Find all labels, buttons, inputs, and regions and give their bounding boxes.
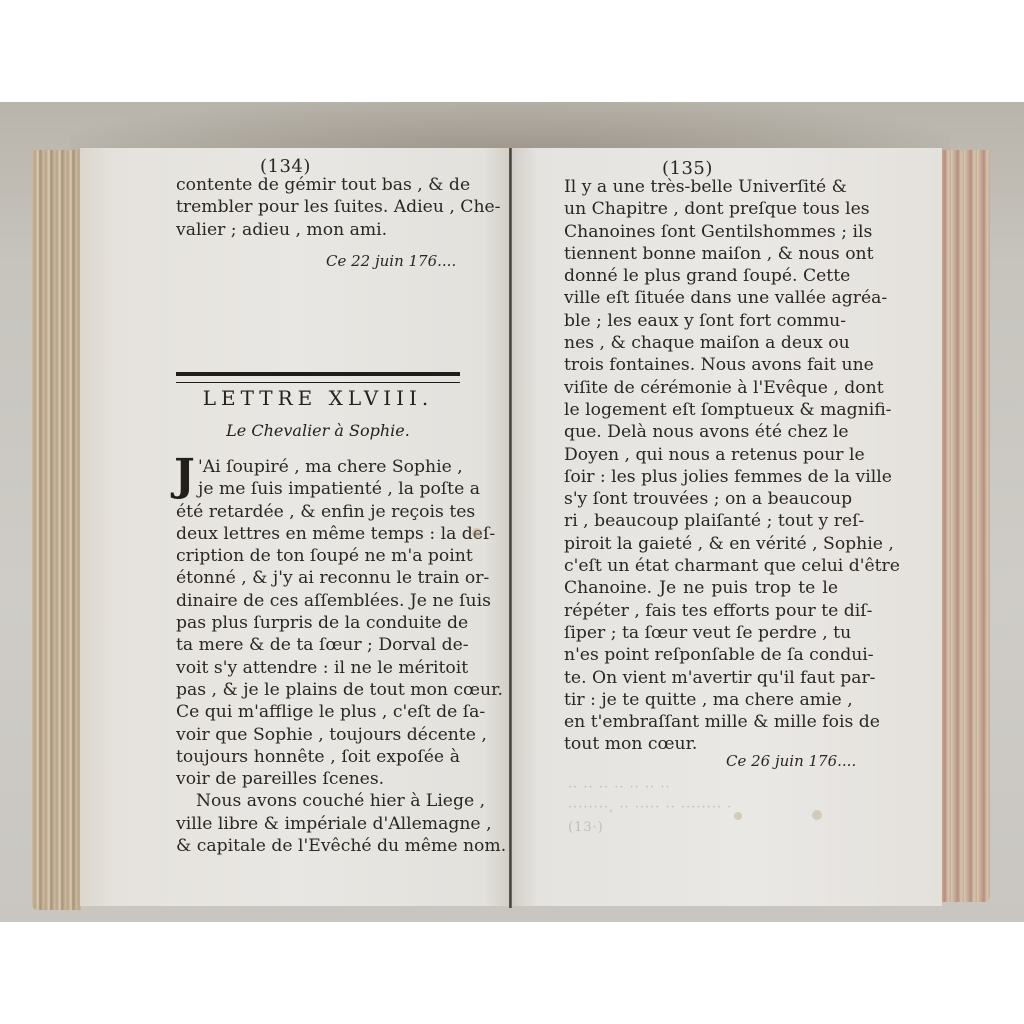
text-line: Chanoines ſont Gentilshommes ; ils (564, 221, 838, 243)
text-line: Ce qui m'afflige le plus , c'eſt de ſa- (176, 701, 460, 723)
text-line: n'es point reſponſable de ſa condui- (564, 644, 838, 666)
text-line: voit s'y attendre : il ne le méritoit (176, 657, 460, 679)
left-page-body: été retardée , & enfin je reçois tes deu… (176, 501, 460, 858)
text-line: Il y a une très-belle Univerſité & (564, 176, 838, 198)
text-line: te. On vient m'avertir qu'il faut par- (564, 667, 838, 689)
right-page-block-edge (938, 150, 990, 902)
text-line: tiennent bonne maiſon , & nous ont (564, 243, 838, 265)
text-line: deux lettres en même temps : la deſ- (176, 523, 460, 545)
text-line: répéter , fais tes efforts pour te diſ- (564, 600, 838, 622)
text-line: ri , beaucoup plaiſanté ; tout y reſ- (564, 510, 838, 532)
bleed-line: ········, ·· ····· ·· ········ · (568, 798, 848, 818)
text-line: ble ; les eaux y ſont fort commu- (564, 310, 838, 332)
text-line: pas plus ſurpris de la conduite de (176, 612, 460, 634)
dateline-right: Ce 26 juin 176.... (726, 752, 856, 770)
paper-stain (812, 810, 822, 820)
text-line: étonné , & j'y ai reconnu le train or- (176, 567, 460, 589)
text-line: contente de gémir tout bas , & de (176, 174, 460, 196)
right-page: (135) Il y a une très-belle Univerſité &… (512, 148, 942, 906)
text-line: & capitale de l'Evêché du même nom. (176, 835, 460, 857)
text-line: en t'embraſſant mille & mille fois de (564, 711, 838, 733)
left-page: (134) contente de gémir tout bas , & de … (80, 148, 510, 906)
text-line: s'y ſont trouvées ; on a beaucoup (564, 488, 838, 510)
left-page-body-indented: 'Ai ſoupiré , ma chere Sophie , je me ſu… (198, 456, 460, 501)
text-line: je me ſuis impatienté , la poſte a (198, 478, 460, 500)
text-line: voir que Sophie , toujours décente , (176, 724, 460, 746)
bleed-line: ·· ·· ·· ·· ·· ·· ·· (568, 778, 848, 798)
text-line: Doyen , qui nous a retenus pour le (564, 444, 838, 466)
text-line: donné le plus grand ſoupé. Cette (564, 265, 838, 287)
text-line: ta mere & de ta ſœur ; Dorval de- (176, 634, 460, 656)
text-line: 'Ai ſoupiré , ma chere Sophie , (198, 456, 460, 478)
left-page-block-edge (32, 150, 82, 910)
text-line: c'eſt un état charmant que celui d'être (564, 555, 838, 577)
text-line: un Chapitre , dont preſque tous les (564, 198, 838, 220)
text-line: Nous avons couché hier à Liege , (176, 790, 460, 812)
paper-stain (734, 812, 742, 820)
text-line: ville eſt ſituée dans une vallée agréa- (564, 287, 838, 309)
left-page-opening-text: contente de gémir tout bas , & de trembl… (176, 174, 460, 241)
book-photograph: (134) contente de gémir tout bas , & de … (0, 102, 1024, 922)
bleed-line: (13·) (568, 818, 848, 838)
section-rule (176, 372, 460, 383)
text-line: trois fontaines. Nous avons fait une (564, 354, 838, 376)
bleed-through-text: ·· ·· ·· ·· ·· ·· ·· ········, ·· ····· … (568, 778, 848, 838)
text-line: que. Delà nous avons été chez le (564, 421, 838, 443)
drop-cap: J (174, 454, 195, 498)
text-line: viſite de cérémonie à l'Evêque , dont (564, 377, 838, 399)
text-line: cription de ton ſoupé ne m'a point (176, 545, 460, 567)
right-page-body: Il y a une très-belle Univerſité & un Ch… (564, 176, 838, 756)
text-line: été retardée , & enfin je reçois tes (176, 501, 460, 523)
text-line: trembler pour les ſuites. Adieu , Che- (176, 196, 460, 218)
text-line: pas , & je le plains de tout mon cœur. (176, 679, 460, 701)
dateline-left: Ce 22 juin 176.... (326, 252, 456, 270)
text-line: Chanoine. Je ne puis trop te le (564, 577, 838, 599)
text-line: le logement eſt ſomptueux & magnifi- (564, 399, 838, 421)
text-line: voir de pareilles ſcenes. (176, 768, 460, 790)
text-line: toujours honnête , ſoit expoſée à (176, 746, 460, 768)
text-line: ſoir : les plus jolies femmes de la vill… (564, 466, 838, 488)
text-line: dinaire de ces aſſemblées. Je ne ſuis (176, 590, 460, 612)
text-line: valier ; adieu , mon ami. (176, 219, 460, 241)
text-line: tir : je te quitte , ma chere amie , (564, 689, 838, 711)
letter-heading: LETTRE XLVIII. (176, 386, 460, 410)
text-line: piroit la gaieté , & en vérité , Sophie … (564, 533, 838, 555)
text-line: nes , & chaque maiſon a deux ou (564, 332, 838, 354)
text-line: ſiper ; ta ſœur veut ſe perdre , tu (564, 622, 838, 644)
text-line: ville libre & impériale d'Allemagne , (176, 813, 460, 835)
paper-stain (472, 528, 482, 538)
letter-subheading: Le Chevalier à Sophie. (176, 421, 460, 440)
